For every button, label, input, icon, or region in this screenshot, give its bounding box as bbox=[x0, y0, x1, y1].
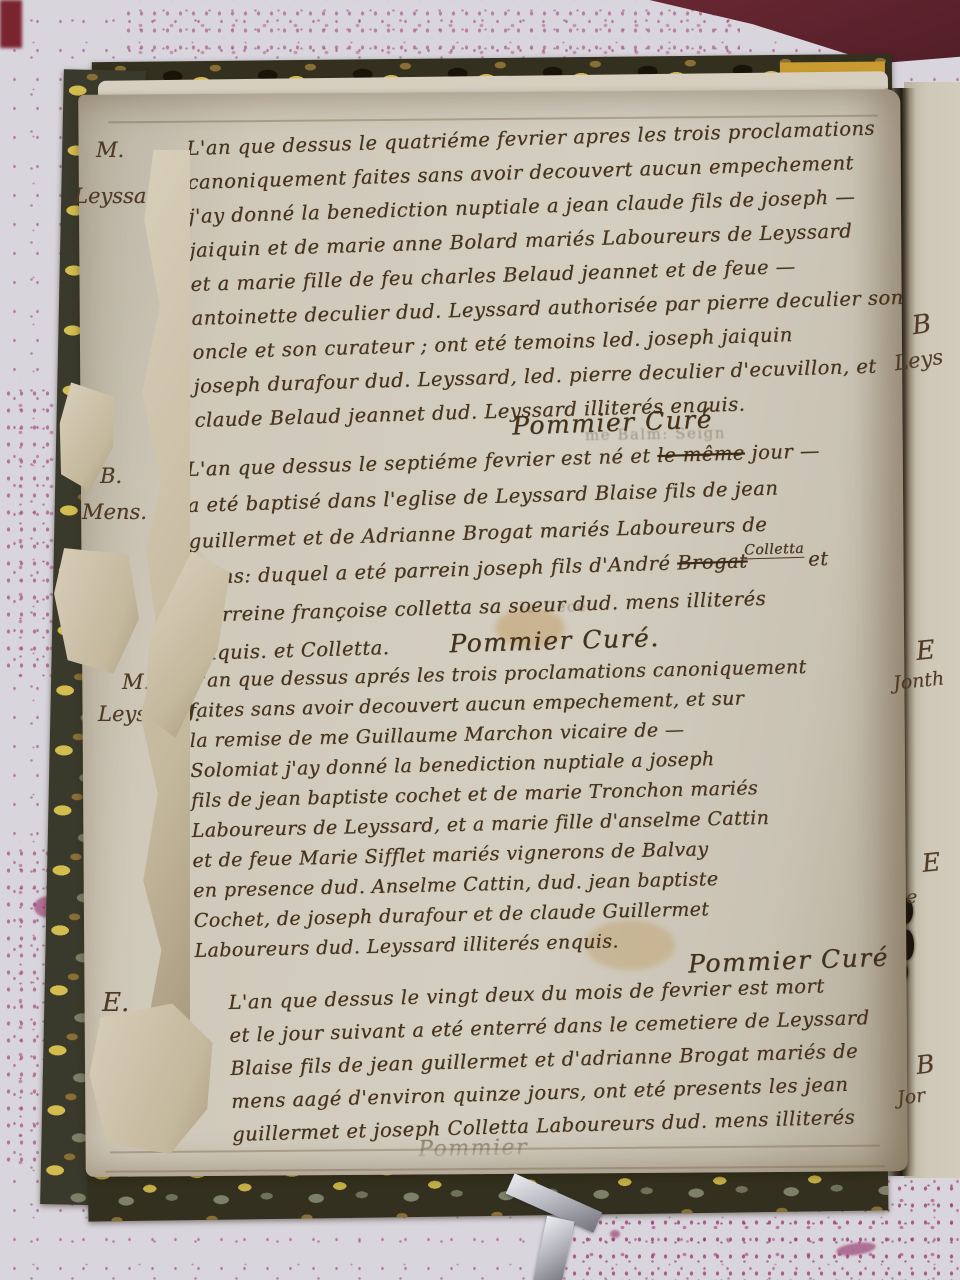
facing-page-fragment: E bbox=[914, 635, 936, 667]
interlinear-correction: Colletta bbox=[744, 541, 804, 560]
struck-text: le même bbox=[657, 441, 745, 467]
margin-note-type: M. bbox=[122, 670, 150, 694]
register-entry-marriage-1: L'an que dessus le quatriéme fevrier apr… bbox=[186, 111, 907, 438]
facing-page-fragment: E bbox=[921, 847, 942, 878]
facing-page-fragment: B bbox=[914, 1049, 936, 1080]
margin-note-place: Mens. bbox=[82, 500, 147, 524]
line-text: mens: duquel a eté parrein joseph fils d… bbox=[189, 551, 677, 588]
line-text: enquis. et Colletta. bbox=[192, 636, 390, 665]
register-entry-marriage-2: L'an que dessus aprés les trois proclama… bbox=[188, 652, 813, 966]
red-smudge bbox=[0, 0, 22, 48]
register-entry-burial: L'an que dessus le vingt deux du mois de… bbox=[228, 968, 873, 1151]
manuscript-photo: me Balm: Seign le Dece M. Leyssard. L'an… bbox=[0, 0, 960, 1280]
margin-note-type: M. bbox=[96, 138, 124, 162]
paint-blob bbox=[610, 1230, 620, 1238]
line-text: jour — bbox=[744, 439, 820, 464]
facing-page-fragment: B bbox=[910, 309, 933, 341]
facing-page-fragment: e bbox=[906, 886, 917, 908]
facing-page-fragment: Jor bbox=[896, 1084, 927, 1109]
priest-signature-cutoff: Pommier bbox=[418, 1135, 528, 1162]
register-entry-baptism: L'an que dessus le septiéme fevrier est … bbox=[186, 433, 831, 672]
struck-name: Brogat bbox=[677, 549, 748, 574]
line-text: et bbox=[801, 547, 829, 571]
priest-signature: Pommier Curé. bbox=[449, 623, 660, 658]
margin-note-type: B. bbox=[100, 464, 122, 488]
